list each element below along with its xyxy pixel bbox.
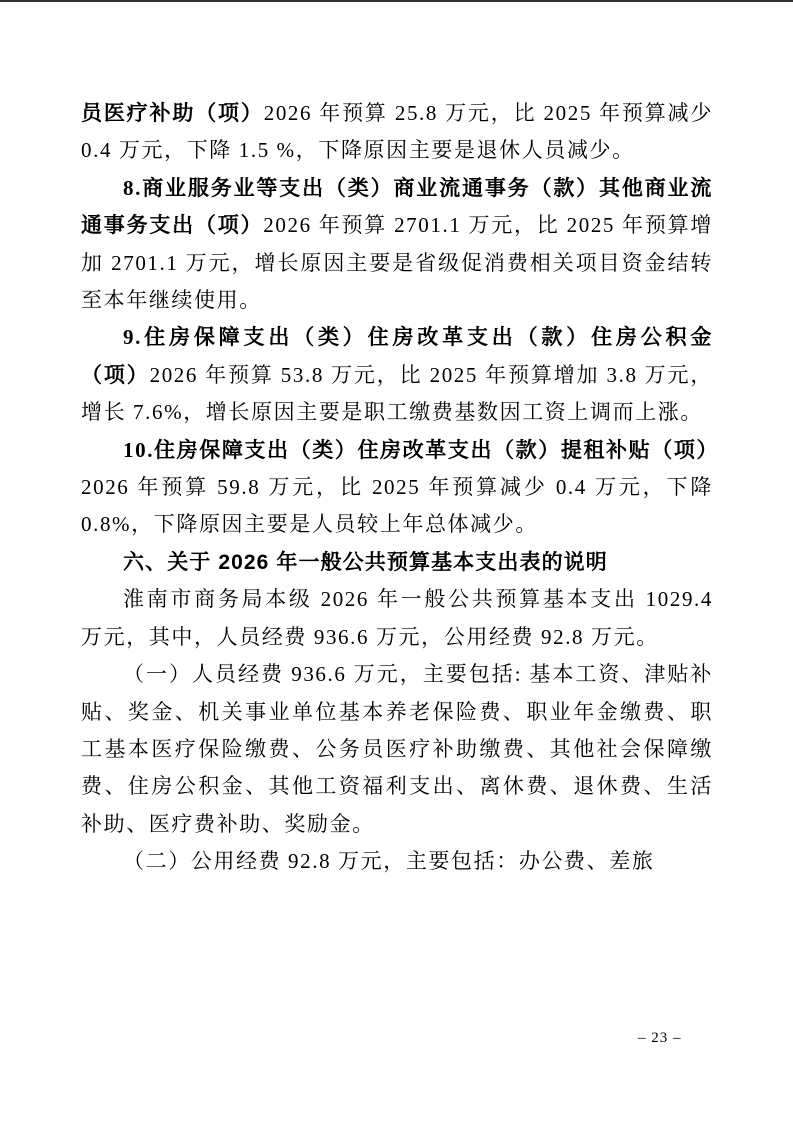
section-heading-basic-expenditure: 六、关于 2026 年一般公共预算基本支出表的说明 xyxy=(81,544,713,581)
paragraph-public-expenses: （二）公用经费 92.8 万元，主要包括：办公费、差旅 xyxy=(81,843,713,880)
paragraph-10-rent-subsidy: 10.住房保障支出（类）住房改革支出（款）提租补贴（项）2026 年预算 59.… xyxy=(81,432,713,544)
paragraph-text-housing-fund: 2026 年预算 53.8 万元，比 2025 年预算增加 3.8 万元，增长 … xyxy=(81,363,713,424)
paragraph-8-commerce-services: 8.商业服务业等支出（类）商业流通事务（款）其他商业流通事务支出（项）2026 … xyxy=(81,170,713,320)
document-page: 员医疗补助（项）2026 年预算 25.8 万元，比 2025 年预算减少 0.… xyxy=(0,0,793,1122)
paragraph-text-public-expenses: （二）公用经费 92.8 万元，主要包括：办公费、差旅 xyxy=(123,849,654,873)
page-number: – 23 – xyxy=(638,1030,682,1047)
paragraph-basic-expenditure-summary: 淮南市商务局本级 2026 年一般公共预算基本支出 1029.4 万元，其中，人… xyxy=(81,581,713,656)
paragraph-text-rent-subsidy: 2026 年预算 59.8 万元，比 2025 年预算减少 0.4 万元，下降 … xyxy=(81,475,713,536)
paragraph-text-basic-expenditure-summary: 淮南市商务局本级 2026 年一般公共预算基本支出 1029.4 万元，其中，人… xyxy=(81,587,713,648)
paragraph-text-personnel-expenses: （一）人员经费 936.6 万元，主要包括: 基本工资、津贴补贴、奖金、机关事业… xyxy=(81,662,713,836)
paragraph-continuation-medical-subsidy: 员医疗补助（项）2026 年预算 25.8 万元，比 2025 年预算减少 0.… xyxy=(81,95,713,170)
paragraph-lead-rent-subsidy: 10.住房保障支出（类）住房改革支出（款）提租补贴（项） xyxy=(123,438,719,462)
document-body: 员医疗补助（项）2026 年预算 25.8 万元，比 2025 年预算减少 0.… xyxy=(81,95,713,881)
window-top-edge xyxy=(0,0,793,2)
paragraph-lead-medical-subsidy: 员医疗补助（项） xyxy=(81,101,264,125)
paragraph-personnel-expenses: （一）人员经费 936.6 万元，主要包括: 基本工资、津贴补贴、奖金、机关事业… xyxy=(81,656,713,843)
paragraph-9-housing-fund: 9.住房保障支出（类）住房改革支出（款）住房公积金（项）2026 年预算 53.… xyxy=(81,319,713,431)
